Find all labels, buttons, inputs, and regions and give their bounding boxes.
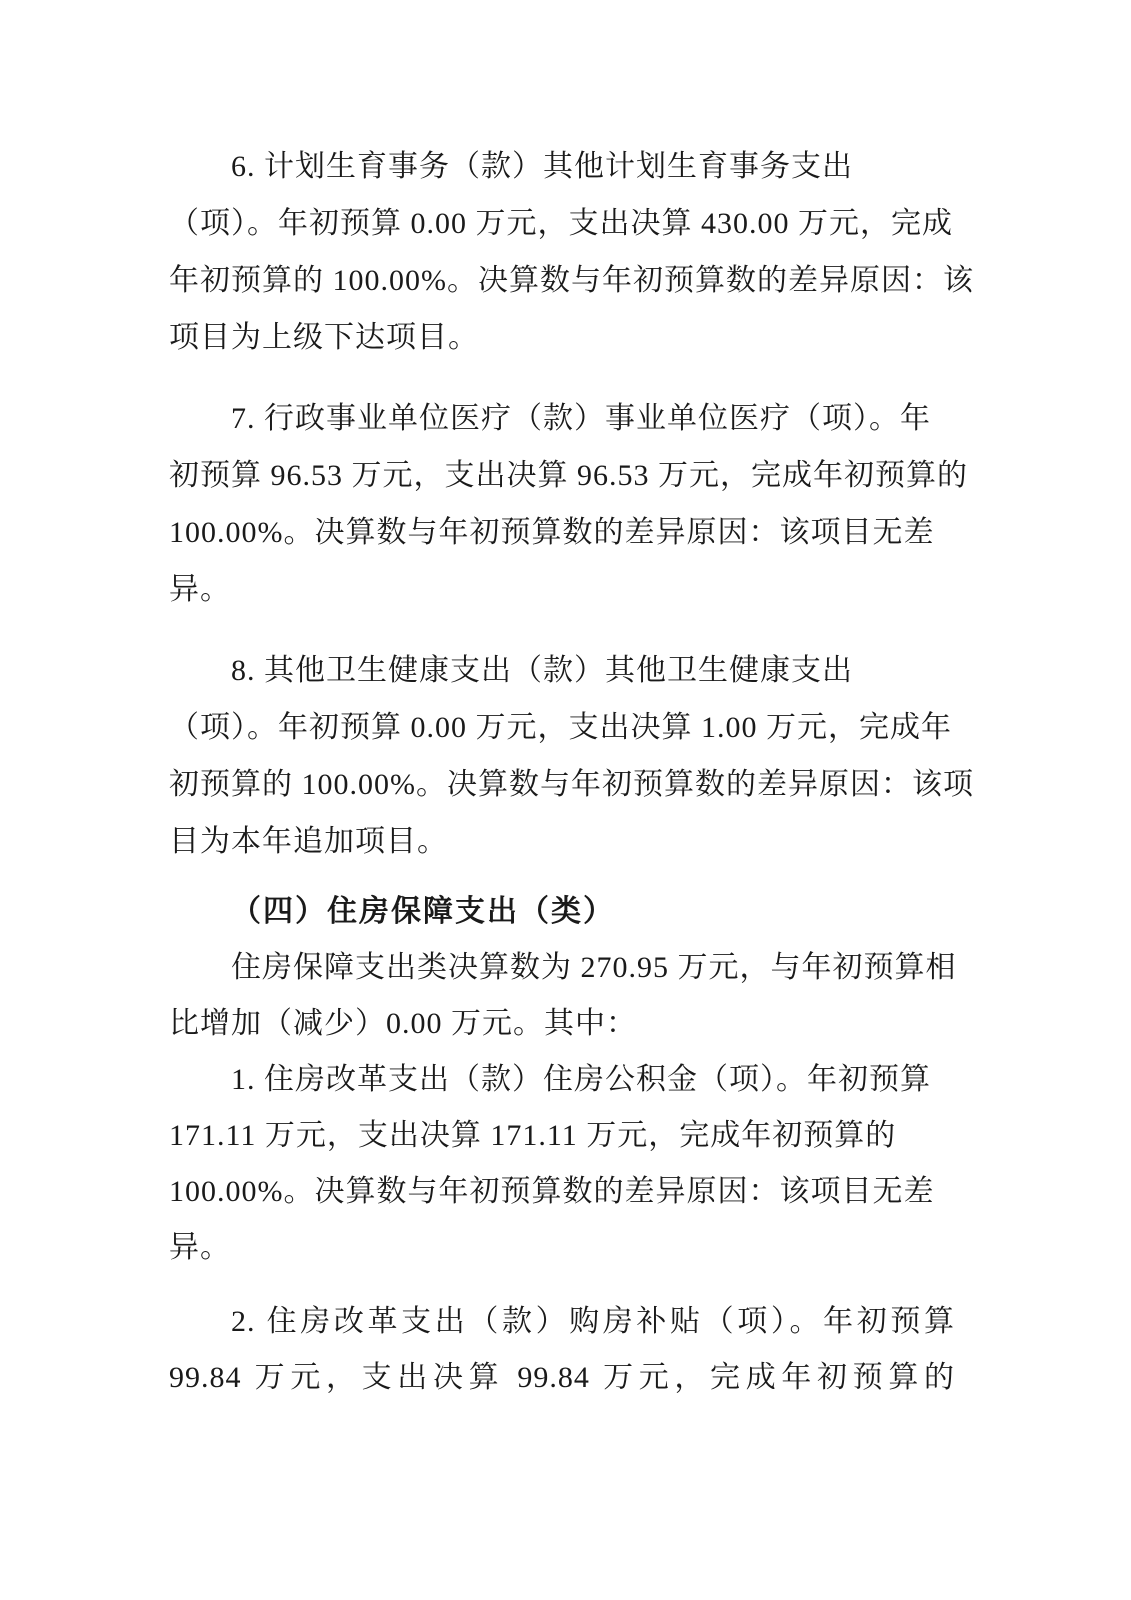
text-line: 年初预算的 100.00%。决算数与年初预算数的差异原因：该	[169, 252, 955, 309]
text-line: 171.11 万元，支出决算 171.11 万元，完成年初预算的	[169, 1108, 955, 1164]
text-line: 6. 计划生育事务（款）其他计划生育事务支出	[169, 138, 955, 195]
text-line: 初预算的 100.00%。决算数与年初预算数的差异原因：该项	[169, 756, 955, 813]
text-line: 异。	[169, 561, 955, 618]
paragraph-housing-summary: 住房保障支出类决算数为 270.95 万元，与年初预算相 比增加（减少）0.00…	[169, 940, 955, 1052]
text-line: 1. 住房改革支出（款）住房公积金（项）。年初预算	[169, 1052, 955, 1108]
text-line: 100.00%。决算数与年初预算数的差异原因：该项目无差	[169, 504, 955, 561]
document-content: 6. 计划生育事务（款）其他计划生育事务支出 （项）。年初预算 0.00 万元，…	[169, 138, 955, 1406]
section-heading-text: （四）住房保障支出（类）	[169, 884, 955, 940]
text-line: 住房保障支出类决算数为 270.95 万元，与年初预算相	[169, 940, 955, 996]
paragraph-item-6: 6. 计划生育事务（款）其他计划生育事务支出 （项）。年初预算 0.00 万元，…	[169, 138, 955, 366]
section-heading-4: （四）住房保障支出（类）	[169, 884, 955, 940]
paragraph-housing-item-1: 1. 住房改革支出（款）住房公积金（项）。年初预算 171.11 万元，支出决算…	[169, 1052, 955, 1276]
text-line: 99.84 万元，支出决算 99.84 万元，完成年初预算的	[169, 1350, 955, 1406]
text-line: 8. 其他卫生健康支出（款）其他卫生健康支出	[169, 642, 955, 699]
text-line: （项）。年初预算 0.00 万元，支出决算 430.00 万元，完成	[169, 195, 955, 252]
text-line: 100.00%。决算数与年初预算数的差异原因：该项目无差	[169, 1164, 955, 1220]
paragraph-item-7: 7. 行政事业单位医疗（款）事业单位医疗（项）。年 初预算 96.53 万元，支…	[169, 390, 955, 618]
text-line: 7. 行政事业单位医疗（款）事业单位医疗（项）。年	[169, 390, 955, 447]
text-line: 目为本年追加项目。	[169, 813, 955, 870]
paragraph-item-8: 8. 其他卫生健康支出（款）其他卫生健康支出 （项）。年初预算 0.00 万元，…	[169, 642, 955, 870]
text-line: 初预算 96.53 万元，支出决算 96.53 万元，完成年初预算的	[169, 447, 955, 504]
paragraph-housing-item-2: 2. 住房改革支出（款）购房补贴（项）。年初预算 99.84 万元，支出决算 9…	[169, 1294, 955, 1406]
text-line: 项目为上级下达项目。	[169, 309, 955, 366]
text-line: 异。	[169, 1220, 955, 1276]
document-page: 6. 计划生育事务（款）其他计划生育事务支出 （项）。年初预算 0.00 万元，…	[0, 0, 1131, 1600]
text-line: （项）。年初预算 0.00 万元，支出决算 1.00 万元，完成年	[169, 699, 955, 756]
text-line: 2. 住房改革支出（款）购房补贴（项）。年初预算	[169, 1294, 955, 1350]
text-line: 比增加（减少）0.00 万元。其中：	[169, 996, 955, 1052]
